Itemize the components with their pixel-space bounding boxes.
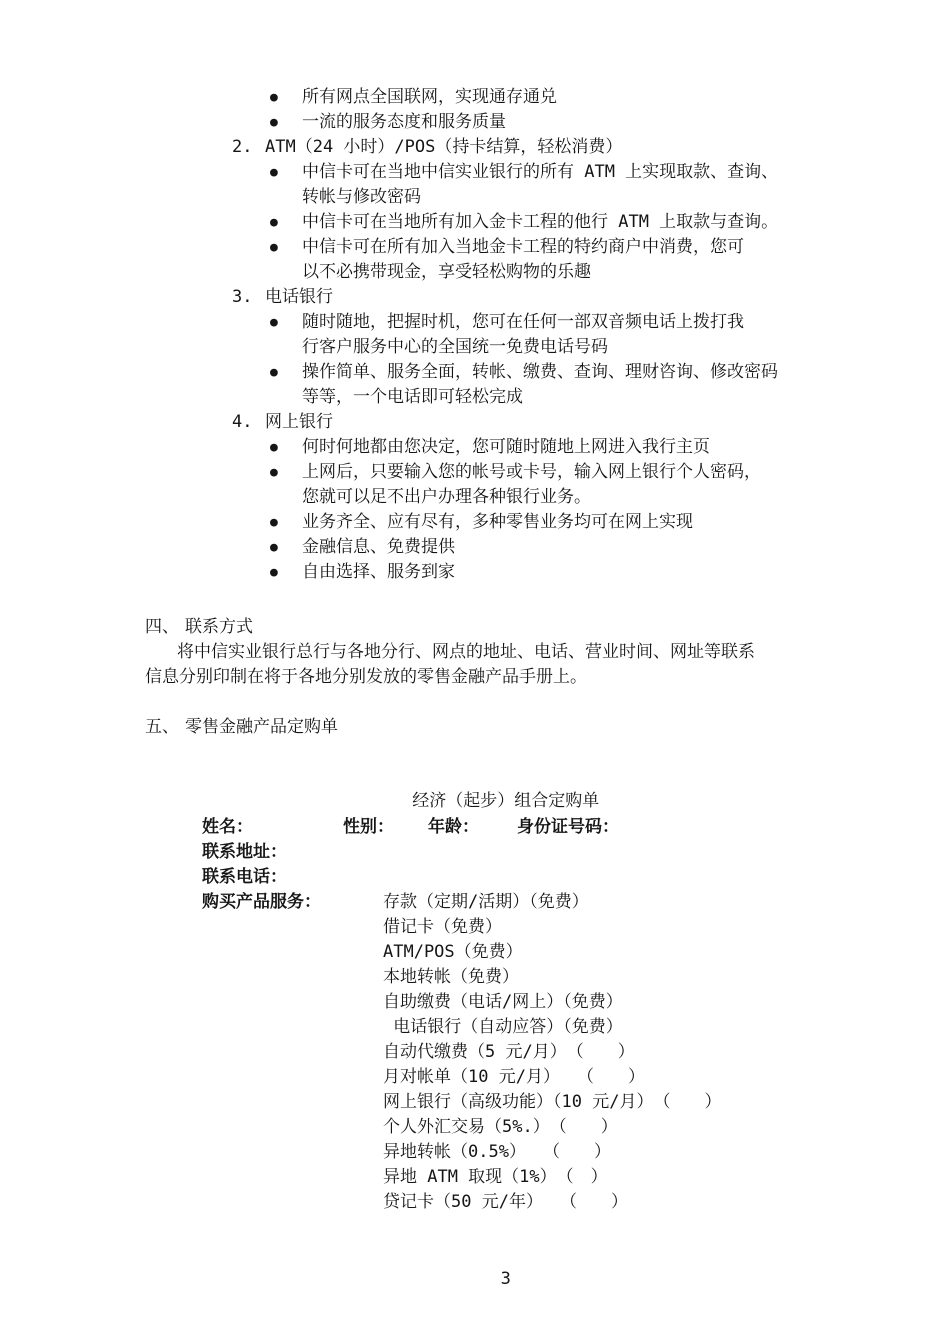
order-form-title: 经济（起步）组合定购单 xyxy=(145,764,805,789)
product-item: 异地 ATM 取现（1%） （ ） xyxy=(383,1165,608,1190)
item-title: 网上银行 xyxy=(265,410,333,435)
form-row-phone: 联系电话： xyxy=(145,865,905,890)
item-number: 2. xyxy=(232,135,252,160)
form-row-identity: 姓名： 性别： 年龄： 身份证号码： xyxy=(145,815,905,840)
bullet-text: 等等，一个电话即可轻松完成 xyxy=(302,385,523,410)
bullet-list-item: ● 一流的服务态度和服务质量 xyxy=(145,110,905,135)
bullet-icon: ● xyxy=(270,535,278,560)
bullet-list-item: ● 业务齐全、应有尽有，多种零售业务均可在网上实现 xyxy=(145,510,905,535)
product-row: 异地 ATM 取现（1%） （ ） xyxy=(145,1165,905,1190)
bullet-text: 中信卡可在当地中信实业银行的所有 ATM 上实现取款、查询、 xyxy=(302,160,778,185)
bullet-text: 上网后，只要输入您的帐号或卡号，输入网上银行个人密码， xyxy=(302,460,761,485)
product-item: 自助缴费（电话/网上）（免费） xyxy=(383,990,623,1015)
paragraph-text: 将中信实业银行总行与各地分行、网点的地址、电话、营业时间、网址等联系 xyxy=(177,640,755,665)
numbered-item-4: 4. 网上银行 xyxy=(145,410,905,435)
bullet-continuation: 等等，一个电话即可轻松完成 xyxy=(145,385,905,410)
contact-paragraph-line-1: 将中信实业银行总行与各地分行、网点的地址、电话、营业时间、网址等联系 xyxy=(145,640,905,665)
bullet-icon: ● xyxy=(270,560,278,585)
bullet-list-item: ● 中信卡可在所有加入当地金卡工程的特约商户中消费，您可 xyxy=(145,235,905,260)
bullet-text: 操作简单、服务全面，转帐、缴费、查询、理财咨询、修改密码 xyxy=(302,360,778,385)
item-number: 3. xyxy=(232,285,252,310)
product-row: 本地转帐（免费） xyxy=(145,965,905,990)
page-number: 3 xyxy=(501,1269,511,1289)
bullet-icon: ● xyxy=(270,360,278,385)
product-row: 自动代缴费（5 元/月） （ ） xyxy=(145,1040,905,1065)
section-5-heading: 五、 零售金融产品定购单 xyxy=(145,715,905,740)
bullet-text: 业务齐全、应有尽有，多种零售业务均可在网上实现 xyxy=(302,510,693,535)
address-label: 联系地址： xyxy=(202,840,287,865)
bullet-icon: ● xyxy=(270,85,278,110)
bullet-text: 自由选择、服务到家 xyxy=(302,560,455,585)
bullet-text: 何时何地都由您决定，您可随时随地上网进入我行主页 xyxy=(302,435,710,460)
bullet-list-item: ● 自由选择、服务到家 xyxy=(145,560,905,585)
section-4-heading: 四、 联系方式 xyxy=(145,615,905,640)
bullet-icon: ● xyxy=(270,210,278,235)
bullet-text: 金融信息、免费提供 xyxy=(302,535,455,560)
page-content: ● 所有网点全国联网，实现通存通兑 ● 一流的服务态度和服务质量 2. ATM（… xyxy=(145,85,905,1267)
order-form-title-text: 经济（起步）组合定购单 xyxy=(412,791,599,811)
bullet-list-item: ● 中信卡可在当地中信实业银行的所有 ATM 上实现取款、查询、 xyxy=(145,160,905,185)
bullet-icon: ● xyxy=(270,510,278,535)
bullet-list-item: ● 何时何地都由您决定，您可随时随地上网进入我行主页 xyxy=(145,435,905,460)
section-label: 四、 xyxy=(145,615,179,640)
bullet-continuation: 您就可以足不出户办理各种银行业务。 xyxy=(145,485,905,510)
item-title: 电话银行 xyxy=(265,285,333,310)
product-row: 自助缴费（电话/网上）（免费） xyxy=(145,990,905,1015)
paragraph-text: 信息分别印制在将于各地分别发放的零售金融产品手册上。 xyxy=(145,665,587,690)
bullet-text: 所有网点全国联网，实现通存通兑 xyxy=(302,85,557,110)
bullet-continuation: 行客户服务中心的全国统一免费电话号码 xyxy=(145,335,905,360)
product-row: 个人外汇交易（5%.） （ ） xyxy=(145,1115,905,1140)
numbered-item-2: 2. ATM（24 小时）/POS（持卡结算，轻松消费） xyxy=(145,135,905,160)
product-item: ATM/POS（免费） xyxy=(383,940,523,965)
product-item: 存款（定期/活期）（免费） xyxy=(383,890,589,915)
numbered-item-3: 3. 电话银行 xyxy=(145,285,905,310)
product-row: 月对帐单（10 元/月） （ ） xyxy=(145,1065,905,1090)
product-row: ATM/POS（免费） xyxy=(145,940,905,965)
bullet-text: 转帐与修改密码 xyxy=(302,185,421,210)
bullet-list-item: ● 操作简单、服务全面，转帐、缴费、查询、理财咨询、修改密码 xyxy=(145,360,905,385)
section-title: 零售金融产品定购单 xyxy=(185,715,338,740)
contact-paragraph-line-2: 信息分别印制在将于各地分别发放的零售金融产品手册上。 xyxy=(145,665,905,690)
bullet-list-item: ● 金融信息、免费提供 xyxy=(145,535,905,560)
product-item: 月对帐单（10 元/月） （ ） xyxy=(383,1065,645,1090)
purchase-label: 购买产品服务： xyxy=(202,890,321,915)
bullet-icon: ● xyxy=(270,160,278,185)
bullet-text: 您就可以足不出户办理各种银行业务。 xyxy=(302,485,591,510)
bullet-continuation: 以不必携带现金，享受轻松购物的乐趣 xyxy=(145,260,905,285)
bullet-text: 行客户服务中心的全国统一免费电话号码 xyxy=(302,335,608,360)
bullet-text: 以不必携带现金，享受轻松购物的乐趣 xyxy=(302,260,591,285)
age-label: 年龄： xyxy=(428,815,479,840)
bullet-text: 中信卡可在当地所有加入金卡工程的他行 ATM 上取款与查询。 xyxy=(302,210,778,235)
form-row-address: 联系地址： xyxy=(145,840,905,865)
phone-label: 联系电话： xyxy=(202,865,287,890)
id-number-label: 身份证号码： xyxy=(517,815,619,840)
bullet-icon: ● xyxy=(270,235,278,260)
bullet-list-item: ● 随时随地，把握时机，您可在任何一部双音频电话上拨打我 xyxy=(145,310,905,335)
gender-label: 性别： xyxy=(343,815,394,840)
bullet-icon: ● xyxy=(270,110,278,135)
product-row: 贷记卡（50 元/年） （ ） xyxy=(145,1190,905,1215)
product-row: 异地转帐（0.5%） （ ） xyxy=(145,1140,905,1165)
bullet-list-item: ● 所有网点全国联网，实现通存通兑 xyxy=(145,85,905,110)
product-item: 自动代缴费（5 元/月） （ ） xyxy=(383,1040,635,1065)
product-row: 借记卡（免费） xyxy=(145,915,905,940)
form-row-purchase: 购买产品服务： 存款（定期/活期）（免费） xyxy=(145,890,905,915)
document-page: ● 所有网点全国联网，实现通存通兑 ● 一流的服务态度和服务质量 2. ATM（… xyxy=(0,0,950,1344)
page-footer: 3 xyxy=(145,1242,805,1267)
product-item: 个人外汇交易（5%.） （ ） xyxy=(383,1115,618,1140)
product-item: 异地转帐（0.5%） （ ） xyxy=(383,1140,611,1165)
bullet-icon: ● xyxy=(270,460,278,485)
bullet-text: 一流的服务态度和服务质量 xyxy=(302,110,506,135)
item-number: 4. xyxy=(232,410,252,435)
bullet-icon: ● xyxy=(270,435,278,460)
bullet-list-item: ● 中信卡可在当地所有加入金卡工程的他行 ATM 上取款与查询。 xyxy=(145,210,905,235)
product-row: 网上银行（高级功能）（10 元/月） （ ） xyxy=(145,1090,905,1115)
product-item: 电话银行（自动应答）（免费） xyxy=(383,1015,623,1040)
product-item: 网上银行（高级功能）（10 元/月） （ ） xyxy=(383,1090,721,1115)
bullet-list-item: ● 上网后，只要输入您的帐号或卡号，输入网上银行个人密码， xyxy=(145,460,905,485)
product-row: 电话银行（自动应答）（免费） xyxy=(145,1015,905,1040)
product-item: 本地转帐（免费） xyxy=(383,965,519,990)
product-item: 贷记卡（50 元/年） （ ） xyxy=(383,1190,628,1215)
name-label: 姓名： xyxy=(202,815,253,840)
section-label: 五、 xyxy=(145,715,179,740)
bullet-text: 随时随地，把握时机，您可在任何一部双音频电话上拨打我 xyxy=(302,310,744,335)
bullet-icon: ● xyxy=(270,310,278,335)
bullet-text: 中信卡可在所有加入当地金卡工程的特约商户中消费，您可 xyxy=(302,235,744,260)
section-title: 联系方式 xyxy=(185,615,253,640)
bullet-continuation: 转帐与修改密码 xyxy=(145,185,905,210)
product-item: 借记卡（免费） xyxy=(383,915,502,940)
item-title: ATM（24 小时）/POS（持卡结算，轻松消费） xyxy=(265,135,622,160)
